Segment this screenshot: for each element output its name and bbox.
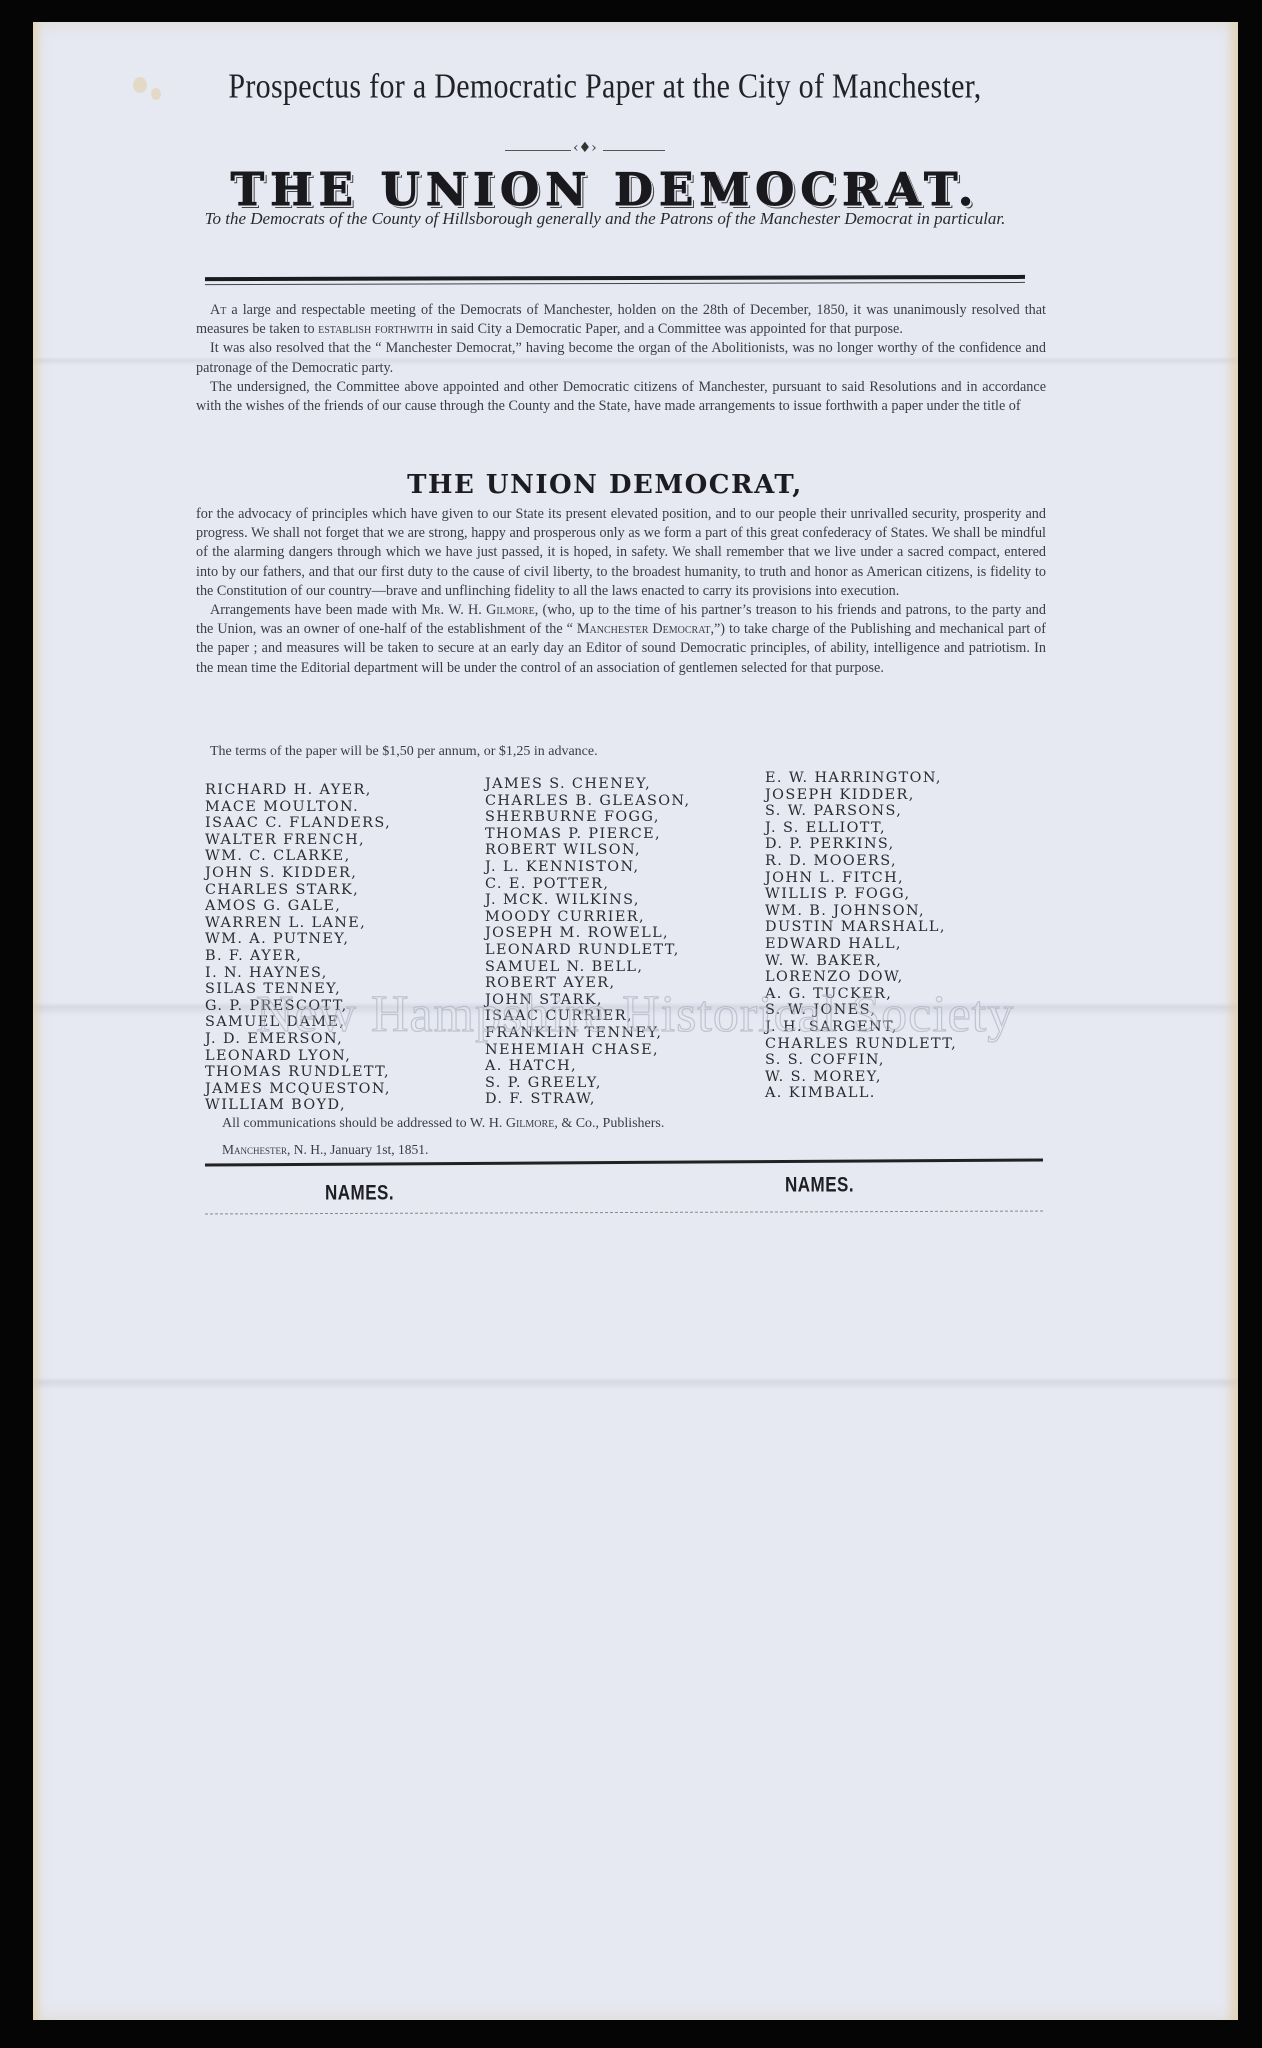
signatories-column-2: JAMES S. CHENEY,CHARLES B. GLEASON,SHERB…: [485, 776, 690, 1108]
paper-edge-left: [33, 22, 43, 2020]
signatory-name: CHARLES B. GLEASON,: [485, 793, 690, 810]
prospectus-heading: Prospectus for a Democratic Paper at the…: [140, 67, 1070, 106]
signatory-name: JAMES McQUESTON,: [205, 1081, 391, 1098]
ornament-icon: ‹♦›: [573, 140, 597, 156]
signatory-name: CHARLES STARK,: [205, 882, 391, 899]
paragraph-advocacy: for the advocacy of principles which hav…: [196, 505, 1046, 601]
signatory-name: E. W. HARRINGTON,: [765, 770, 957, 787]
signatory-name: WILLIS P. FOGG,: [765, 886, 957, 903]
signatory-name: LORENZO DOW,: [765, 969, 957, 986]
signatory-name: DUSTIN MARSHALL,: [765, 919, 957, 936]
signatory-name: WARREN L. LANE,: [205, 915, 391, 932]
signatory-name: JOSEPH KIDDER,: [765, 787, 957, 804]
signatory-name: CHARLES RUNDLETT,: [765, 1036, 957, 1053]
signatory-name: WALTER FRENCH,: [205, 832, 391, 849]
signatory-name: A. G. TUCKER,: [765, 986, 957, 1003]
signatory-name: J. McK. WILKINS,: [485, 892, 690, 909]
paragraph-resolution: It was also resolved that the “ Manchest…: [196, 339, 1046, 377]
signatory-name: THOMAS P. PIERCE,: [485, 826, 690, 843]
signatory-name: W. S. MOREY,: [765, 1069, 957, 1086]
signatory-name: Wm. C. CLARKE,: [205, 848, 391, 865]
address-line: To the Democrats of the County of Hillsb…: [170, 208, 1040, 230]
signatory-name: NEHEMIAH CHASE,: [485, 1042, 690, 1059]
signatory-name: Wm. A. PUTNEY,: [205, 931, 391, 948]
subscription-terms: The terms of the paper will be $1,50 per…: [210, 744, 910, 760]
signatory-name: G. P. PRESCOTT,: [205, 998, 391, 1015]
dateline: Manchester, N. H., January 1st, 1851.: [222, 1142, 428, 1158]
signatory-name: JOHN L. FITCH,: [765, 870, 957, 887]
signatory-name: ISAAC CURRIER,: [485, 1008, 690, 1025]
note-text: All communications should be addressed t…: [222, 1116, 506, 1131]
signatory-name: ROBERT AYER,: [485, 975, 690, 992]
signatory-name: MACE MOULTON.: [205, 799, 391, 816]
signatory-name: J. S. ELLIOTT,: [765, 820, 957, 837]
signatory-name: SAMUEL DAME,: [205, 1014, 391, 1031]
signatory-name: B. F. AYER,: [205, 948, 391, 965]
paragraph-meeting: At a large and respectable meeting of th…: [196, 301, 1046, 339]
signatory-name: J. L. KENNISTON,: [485, 859, 690, 876]
signatory-name: D. F. STRAW,: [485, 1091, 690, 1108]
paper-edge-right: [1224, 22, 1238, 2020]
signatory-name: J. H. SARGENT,: [765, 1019, 957, 1036]
signatory-name: AMOS G. GALE,: [205, 898, 391, 915]
signatory-name: A. HATCH,: [485, 1058, 690, 1075]
signatory-name: C. E. POTTER,: [485, 876, 690, 893]
drop-lead: At: [210, 302, 226, 318]
signatory-name: R. D. MOOERS,: [765, 853, 957, 870]
signatory-name: EDWARD HALL,: [765, 936, 957, 953]
paper-title: THE UNION DEMOCRAT,: [140, 470, 1070, 500]
signatory-name: THOMAS RUNDLETT,: [205, 1064, 391, 1081]
paragraph-arrangements: Arrangements have been made with Mr. W. …: [196, 601, 1046, 678]
signatory-name: RICHARD H. AYER,: [205, 782, 391, 799]
signatory-name: S. W. PARSONS,: [765, 803, 957, 820]
signatory-name: SILAS TENNEY,: [205, 981, 391, 998]
body-text: for the advocacy of principles which hav…: [196, 505, 1046, 678]
signatory-name: WILLIAM BOYD,: [205, 1097, 391, 1114]
signatory-name: LEONARD LYON,: [205, 1048, 391, 1065]
publisher-name: Mr. W. H. Gilmore: [421, 602, 534, 618]
signatory-name: I. N. HAYNES,: [205, 965, 391, 982]
signatory-name: LEONARD RUNDLETT,: [485, 942, 690, 959]
signatory-name: S. S. COFFIN,: [765, 1052, 957, 1069]
emphasis-text: establish forthwith: [318, 321, 433, 337]
signatory-name: ROBERT WILSON,: [485, 842, 690, 859]
signatory-name: MOODY CURRIER,: [485, 909, 690, 926]
note-text: , & Co., Publishers.: [554, 1116, 664, 1131]
signatory-name: D. P. PERKINS,: [765, 836, 957, 853]
names-header-right: NAMES.: [785, 1173, 854, 1198]
signatory-name: J. D. EMERSON,: [205, 1031, 391, 1048]
publisher-name: Gilmore: [506, 1116, 554, 1131]
names-header-left: NAMES.: [325, 1181, 394, 1206]
signatory-name: ISAAC C. FLANDERS,: [205, 815, 391, 832]
signatory-name: JOSEPH M. ROWELL,: [485, 925, 690, 942]
paragraph-text: in said City a Democratic Paper, and a C…: [433, 321, 903, 337]
intro-text: At a large and respectable meeting of th…: [196, 301, 1046, 416]
signatory-name: SHERBURNE FOGG,: [485, 809, 690, 826]
signatory-name: W. W. BAKER,: [765, 953, 957, 970]
ornament-divider: ‹♦›: [505, 146, 665, 156]
paper-name: Manchester Democrat: [577, 621, 711, 637]
signatory-name: JOHN S. KIDDER,: [205, 865, 391, 882]
signatory-name: S. W. JONES,: [765, 1002, 957, 1019]
signatories-column-1: RICHARD H. AYER,MACE MOULTON.ISAAC C. FL…: [205, 782, 391, 1114]
dateline-place: Manchester: [222, 1142, 287, 1157]
signatory-name: FRANKLIN TENNEY,: [485, 1025, 690, 1042]
signatory-name: JOHN STARK,: [485, 992, 690, 1009]
signatory-name: JAMES S. CHENEY,: [485, 776, 690, 793]
signatory-name: SAMUEL N. BELL,: [485, 959, 690, 976]
communications-note: All communications should be addressed t…: [222, 1116, 664, 1132]
signatories-column-3: E. W. HARRINGTON,JOSEPH KIDDER,S. W. PAR…: [765, 770, 957, 1102]
paragraph-text: Arrangements have been made with: [210, 602, 421, 618]
signatory-name: S. P. GREELY,: [485, 1075, 690, 1092]
signatory-name: Wm. B. JOHNSON,: [765, 903, 957, 920]
signatory-name: A. KIMBALL.: [765, 1085, 957, 1102]
dateline-date: , N. H., January 1st, 1851.: [287, 1142, 428, 1157]
paragraph-committee: The undersigned, the Committee above app…: [196, 378, 1046, 416]
